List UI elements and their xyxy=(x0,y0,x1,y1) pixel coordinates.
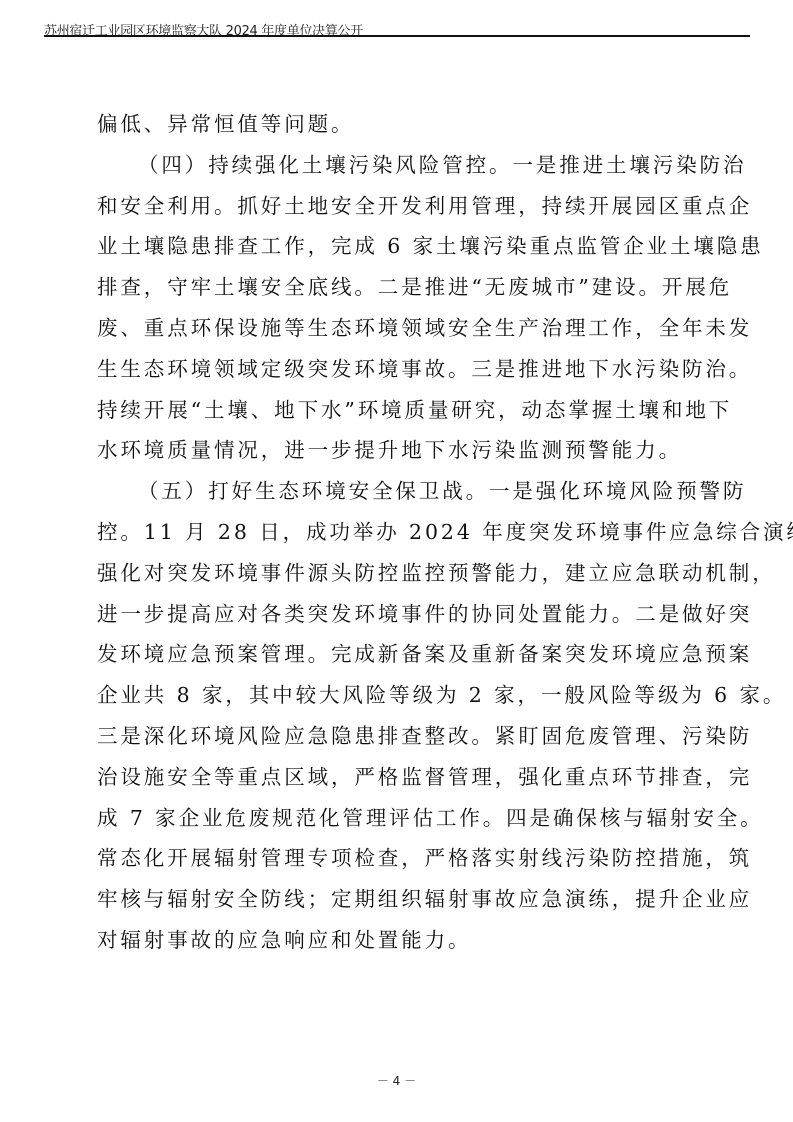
body-line: 对辐射事故的应急响应和处置能力。 xyxy=(97,920,697,961)
section-five-heading-line: （五）打好生态环境安全保卫战。一是强化环境风险预警防 xyxy=(97,471,697,512)
body-line: 牢核与辐射安全防线；定期组织辐射事故应急演练，提升企业应 xyxy=(97,879,697,920)
body-line: 发环境应急预案管理。完成新备案及重新备案突发环境应急预案 xyxy=(97,634,697,675)
body-line: 强化对突发环境事件源头防控监控预警能力，建立应急联动机制， xyxy=(97,553,697,594)
body-line: 持续开展“土壤、地下水”环境质量研究，动态掌握土壤和地下 xyxy=(97,390,697,431)
document-body: 偏低、异常恒值等问题。 （四）持续强化土壤污染风险管控。一是推进土壤污染防治 和… xyxy=(97,104,697,961)
body-line: 生生态环境领域定级突发环境事故。三是推进地下水污染防治。 xyxy=(97,349,697,390)
body-line: 和安全利用。抓好土地安全开发利用管理，持续开展园区重点企 xyxy=(97,186,697,227)
body-line: 常态化开展辐射管理专项检查，严格落实射线污染防控措施，筑 xyxy=(97,838,697,879)
body-line: 排查，守牢土壤安全底线。二是推进“无废城市”建设。开展危 xyxy=(97,267,697,308)
body-line: 治设施安全等重点区域，严格监督管理，强化重点环节排查，完 xyxy=(97,757,697,798)
body-line: 偏低、异常恒值等问题。 xyxy=(97,104,697,145)
body-line: 进一步提高应对各类突发环境事件的协同处置能力。二是做好突 xyxy=(97,594,697,635)
header-rule xyxy=(44,35,750,37)
body-line: 成 7 家企业危废规范化管理评估工作。四是确保核与辐射安全。 xyxy=(97,798,697,839)
body-line: 企业共 8 家，其中较大风险等级为 2 家，一般风险等级为 6 家。 xyxy=(97,675,697,716)
body-line: 水环境质量情况，进一步提升地下水污染监测预警能力。 xyxy=(97,430,697,471)
page-number: － 4 － xyxy=(0,1072,793,1089)
body-line: 三是深化环境风险应急隐患排查整改。紧盯固危废管理、污染防 xyxy=(97,716,697,757)
section-four-heading-line: （四）持续强化土壤污染风险管控。一是推进土壤污染防治 xyxy=(97,145,697,186)
body-line: 控。11 月 28 日，成功举办 2024 年度突发环境事件应急综合演练， xyxy=(97,512,697,553)
body-line: 业土壤隐患排查工作，完成 6 家土壤污染重点监管企业土壤隐患 xyxy=(97,226,697,267)
body-line: 废、重点环保设施等生态环境领域安全生产治理工作，全年未发 xyxy=(97,308,697,349)
